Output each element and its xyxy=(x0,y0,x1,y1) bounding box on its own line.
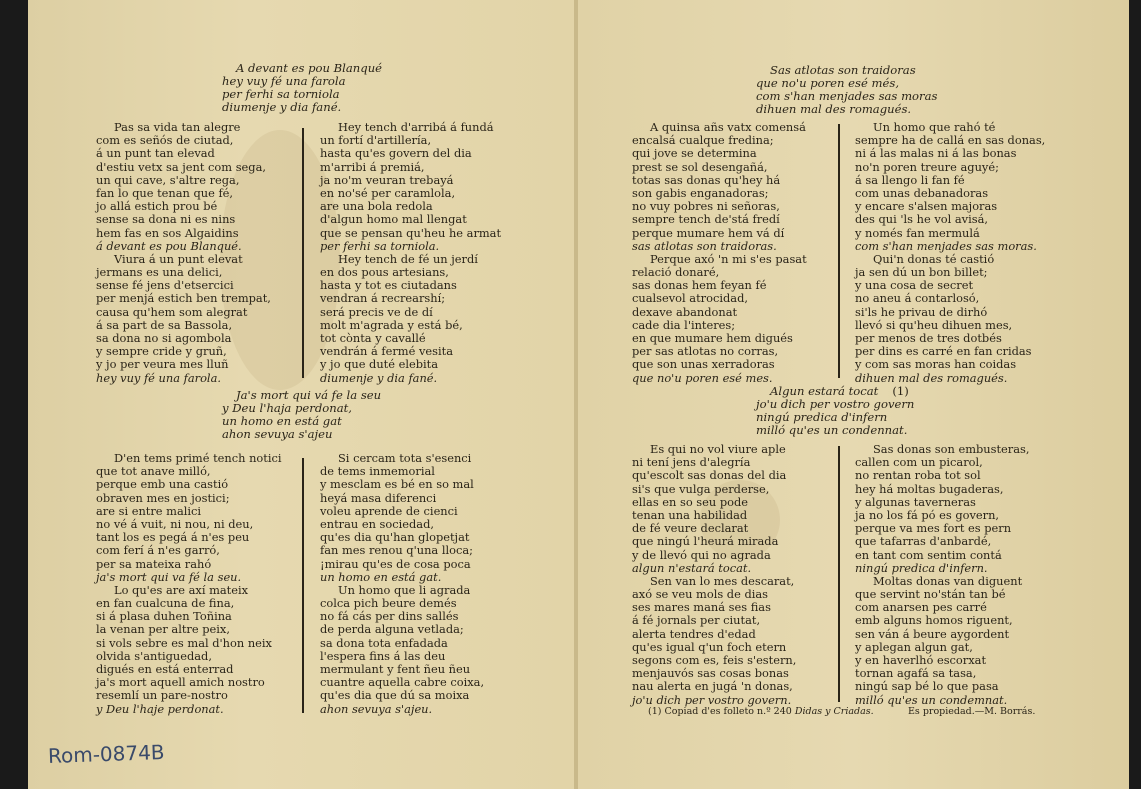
verse-line: de perda alguna vetlada; xyxy=(320,623,484,636)
verse-line: ja no'm veuran trebayá xyxy=(320,174,501,187)
verse-line: dihuen mal des romagués. xyxy=(855,372,1045,385)
verse-line: obraven mes en jostici; xyxy=(96,492,282,505)
verse-line: qu'escolt sas donas del dia xyxy=(632,469,796,482)
refrain-line: diumenje y dia fané. xyxy=(222,101,382,114)
verse-line: fan mes renou q'una lloca; xyxy=(320,544,484,557)
verse-line: emb alguns homos riguent, xyxy=(855,614,1030,627)
verse-line: heyá masa diferenci xyxy=(320,492,484,505)
verse-line: perque emb una castió xyxy=(96,478,282,491)
verse-line: y de llevó qui no agrada xyxy=(632,549,796,562)
right-col2-bottom-verses: Sas donas son embusteras,callen com un p… xyxy=(855,443,1030,707)
refrain-line: dihuen mal des romagués. xyxy=(756,103,937,116)
verse-line: cualsevol atrocidad, xyxy=(632,292,807,305)
verse-line: será precis ve de dí xyxy=(320,306,501,319)
verse-line: are si entre malici xyxy=(96,505,282,518)
column-divider xyxy=(838,124,840,378)
verse-line: y com sas moras han coidas xyxy=(855,358,1045,371)
verse-line: dexave abandonat xyxy=(632,306,807,319)
verse-line: sas atlotas son traidoras. xyxy=(632,240,807,253)
verse-line: no aneu á contarlosó, xyxy=(855,292,1045,305)
signature: Es propiedad.—M. Borrás. xyxy=(908,706,1035,717)
verse-line: com ferí á n'es garró, xyxy=(96,544,282,557)
verse-line: ningú predica d'infern. xyxy=(855,562,1030,575)
verse-line: totas sas donas qu'hey há xyxy=(632,174,807,187)
verse-line: ¡mirau qu'es de cosa poca xyxy=(320,558,484,571)
refrain-line: milló qu'es un condennat. xyxy=(756,424,914,437)
verse-line: á devant es pou Blanqué. xyxy=(96,240,271,253)
verse-line: ellas en so seu pode xyxy=(632,496,796,509)
right-col1-top-verses: A quinsa añs vatx comensáencalsá cualque… xyxy=(632,121,807,385)
left-top-refrain: A devant es pou Blanqué hey vuy fé una f… xyxy=(222,62,382,114)
refrain-line: Algun estará tocat xyxy=(770,384,878,398)
verse-line: ni á las malas ni á las bonas xyxy=(855,147,1045,160)
verse-line: hem fas en sos Algaidins xyxy=(96,227,271,240)
verse-line: d'estiu vetx sa jent com sega, xyxy=(96,161,271,174)
verse-line: á sa llengo li fan fé xyxy=(855,174,1045,187)
verse-line: sense sa dona ni es nins xyxy=(96,213,271,226)
verse-line: diumenje y dia fané. xyxy=(320,372,501,385)
verse-line: si's que vulga perderse, xyxy=(632,483,796,496)
left-col2-top-verses: Hey tench d'arribá á fundáun fortí d'art… xyxy=(320,121,501,385)
verse-line: perque mumare hem vá dí xyxy=(632,227,807,240)
verse-line: y Deu l'haje perdonat. xyxy=(96,703,282,716)
right-col2-top-verses: Un homo que rahó tésempre ha de callá en… xyxy=(855,121,1045,385)
verse-line: causa qu'hem som alegrat xyxy=(96,306,271,319)
verse-line: prest se sol desengañá, xyxy=(632,161,807,174)
left-col1-top-verses: Pas sa vida tan alegrecom es señós de ci… xyxy=(96,121,271,385)
footnote: (1) Copiad d'es folleto n.º 240 Didas y … xyxy=(648,706,874,717)
verse-line: sempre tench de'stá fredí xyxy=(632,213,807,226)
verse-line: m'arribi á premiá, xyxy=(320,161,501,174)
verse-line: resemlí un pare-nostro xyxy=(96,689,282,702)
verse-line: si'ls he privau de dirhó xyxy=(855,306,1045,319)
verse-line: ahon sevuya s'ajeu. xyxy=(320,703,484,716)
verse-line: en tant com sentim contá xyxy=(855,549,1030,562)
column-divider xyxy=(302,128,304,378)
verse-line: ningú sap bé lo que pasa xyxy=(855,680,1030,693)
verse-line: que tafarras d'anbardé, xyxy=(855,535,1030,548)
verse-line: si vols sebre es mal d'hon neix xyxy=(96,637,282,650)
footnote-text: (1) Copiad d'es folleto n.º 240 xyxy=(648,706,792,717)
verse-line: des qui 'ls he vol avisá, xyxy=(855,213,1045,226)
verse-line: que son unas xerradoras xyxy=(632,358,807,371)
verse-line: á un punt tan elevad xyxy=(96,147,271,160)
verse-line: qui jove se determina xyxy=(632,147,807,160)
verse-line: no'n poren treure aguyé; xyxy=(855,161,1045,174)
verse-line: per sa mateixa rahó xyxy=(96,558,282,571)
verse-line: sen ván á beure aygordent xyxy=(855,628,1030,641)
verse-line: un homo en está gat. xyxy=(320,571,484,584)
left-middle-refrain: Ja's mort qui vá fe la seu y Deu l'haja … xyxy=(222,389,381,441)
verse-line: la venan per altre peix, xyxy=(96,623,282,636)
verse-line: sa dona tota enfadada xyxy=(320,637,484,650)
verse-line: vendran á recrearshí; xyxy=(320,292,501,305)
verse-line: y algunas taverneras xyxy=(855,496,1030,509)
right-middle-refrain: Algun estará tocat(1) jo'u dich per vost… xyxy=(756,385,914,437)
verse-line: y jo per veura mes lluñ xyxy=(96,358,271,371)
verse-line: d'algun homo mal llengat xyxy=(320,213,501,226)
verse-line: per ferhi sa torniola. xyxy=(320,240,501,253)
verse-line: qu'es dia que dú sa moixa xyxy=(320,689,484,702)
left-col2-bottom-verses: Si cercam tota s'esencide tems inmemoria… xyxy=(320,452,484,716)
right-top-refrain: Sas atlotas son traidoras que no'u poren… xyxy=(756,64,937,116)
verse-line: que no'u poren esé mes. xyxy=(632,372,807,385)
left-col1-bottom-verses: D'en tems primé tench noticique tot anav… xyxy=(96,452,282,716)
footnote-marker: (1) xyxy=(878,384,908,398)
verse-line: jo'u dich per vostro govern. xyxy=(632,694,796,707)
verse-line: nau alerta en jugá 'n donas, xyxy=(632,680,796,693)
verse-line: que se pensan qu'heu he armat xyxy=(320,227,501,240)
verse-line: voleu aprende de cienci xyxy=(320,505,484,518)
verse-line: que ningú l'heurá mirada xyxy=(632,535,796,548)
verse-line: alerta tendres d'edad xyxy=(632,628,796,641)
archive-mark: Rom-0874B xyxy=(48,740,165,768)
verse-line: no rentan roba tot sol xyxy=(855,469,1030,482)
verse-line: y només fan mermulá xyxy=(855,227,1045,240)
verse-line: ja's mort qui va fé la seu. xyxy=(96,571,282,584)
column-divider xyxy=(302,458,304,713)
verse-line: per menjá estich ben trempat, xyxy=(96,292,271,305)
verse-line: á fé jornals per ciutat, xyxy=(632,614,796,627)
verse-line: milló qu'es un condemnat. xyxy=(855,694,1030,707)
column-divider xyxy=(838,446,840,702)
refrain-line: ahon sevuya s'ajeu xyxy=(222,428,381,441)
right-col1-bottom-verses: Es qui no vol viure apleni tení jens d'a… xyxy=(632,443,796,707)
footnote-title: Didas y Criadas. xyxy=(795,706,874,717)
page-fold xyxy=(574,0,578,789)
verse-line: hey vuy fé una farola. xyxy=(96,372,271,385)
verse-line: algun n'estará tocat. xyxy=(632,562,796,575)
verse-line: un qui cave, s'altre rega, xyxy=(96,174,271,187)
verse-line: hey há moltas bugaderas, xyxy=(855,483,1030,496)
verse-line: hasta qu'es govern del dia xyxy=(320,147,501,160)
verse-line: y jo que duté elebita xyxy=(320,358,501,371)
verse-line: y mesclam es bé en so mal xyxy=(320,478,484,491)
verse-line: com s'han menjades sas moras. xyxy=(855,240,1045,253)
